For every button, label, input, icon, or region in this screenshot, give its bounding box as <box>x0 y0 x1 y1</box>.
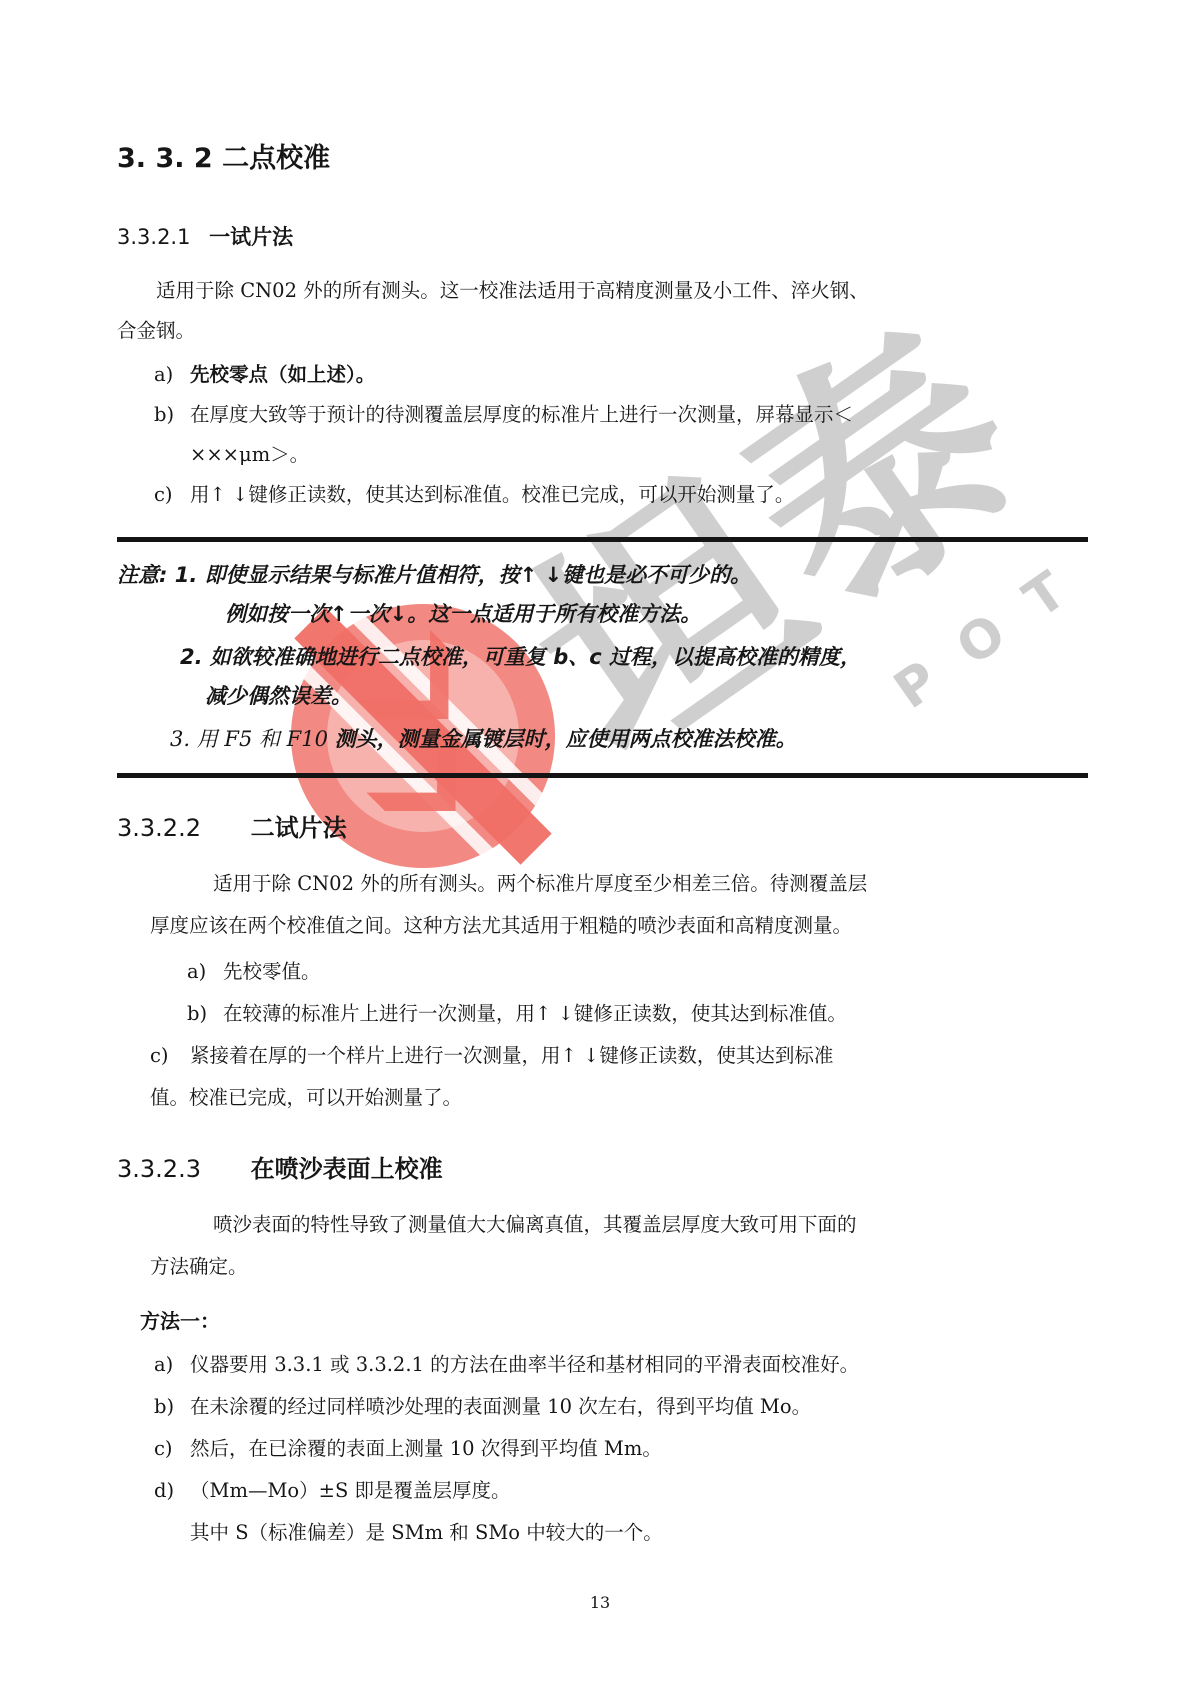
item-label: c) <box>150 1035 190 1077</box>
list-item-b: b)在未涂覆的经过同样喷沙处理的表面测量 10 次左右，得到平均值 Mo。 <box>117 1386 1088 1428</box>
page-number: 13 <box>0 1593 1200 1612</box>
list-item-c: c)然后，在已涂覆的表面上测量 10 次得到平均值 Mm。 <box>117 1428 1088 1470</box>
item-text: 在未涂覆的经过同样喷沙处理的表面测量 10 次左右，得到平均值 Mo。 <box>190 1395 811 1418</box>
list-item-a: a)先校零点（如上述）。 <box>117 355 1088 395</box>
list-item-a: a)仪器要用 3.3.1 或 3.3.2.1 的方法在曲率半径和基材相同的平滑表… <box>117 1344 1088 1386</box>
item-text: （Mm—Mo）±S 即是覆盖层厚度。 其中 S（标准偏差）是 SMm 和 SMo… <box>190 1479 663 1544</box>
list-item-c: c)用↑ ↓键修正读数，使其达到标准值。校准已完成，可以开始测量了。 <box>117 475 1088 515</box>
item-text: 然后，在已涂覆的表面上测量 10 次得到平均值 Mm。 <box>190 1437 662 1460</box>
item-label: b) <box>187 993 223 1035</box>
section-heading-332: 3. 3. 2 二点校准 <box>117 0 1088 175</box>
heading-3323: 3.3.2.3 在喷沙表面上校准 <box>117 1149 1088 1184</box>
note-block: 注意: 1. 即使显示结果与标准片值相符，按↑ ↓键也是必不可少的。 例如按一次… <box>117 556 1088 759</box>
document-page: 坦泰 POT 3. 3. 2 二点校准 3.3.2.1 一试片法 适用于除 CN… <box>0 0 1200 1697</box>
item-text: 紧接着在厚的一个样片上进行一次测量，用↑ ↓键修正读数，使其达到标准 值。校准已… <box>150 1044 833 1109</box>
item-text: 仪器要用 3.3.1 或 3.3.2.1 的方法在曲率半径和基材相同的平滑表面校… <box>190 1353 859 1376</box>
item-label: c) <box>154 475 190 515</box>
list-item-d: d)（Mm—Mo）±S 即是覆盖层厚度。 其中 S（标准偏差）是 SMm 和 S… <box>117 1470 1088 1554</box>
heading-3322: 3.3.2.2 二试片法 <box>117 808 1088 843</box>
note-line-3: 2. 如欲较准确地进行二点校准，可重复 b、c 过程，以提高校准的精度， <box>117 638 1088 677</box>
item-label: b) <box>154 1386 190 1428</box>
note-line-5-prefix: 3. 用 F5 和 F10 <box>170 727 335 751</box>
list-item-b: b)在较薄的标准片上进行一次测量，用↑ ↓键修正读数，使其达到标准值。 <box>150 993 1088 1035</box>
note-line-1: 注意: 1. 即使显示结果与标准片值相符，按↑ ↓键也是必不可少的。 <box>117 556 1088 595</box>
paragraph-3321: 适用于除 CN02 外的所有测头。这一校准法适用于高精度测量及小工件、淬火钢、 … <box>117 271 1088 351</box>
note-line-5: 3. 用 F5 和 F10 测头，测量金属镀层时，应使用两点校准法校准。 <box>117 720 1088 759</box>
heading-number: 3.3.2.2 <box>117 814 201 842</box>
horizontal-rule-bottom <box>117 773 1088 778</box>
paragraph-3323: 喷沙表面的特性导致了测量值大大偏离真值，其覆盖层厚度大致可用下面的 方法确定。 <box>150 1204 1088 1288</box>
item-label: a) <box>187 951 223 993</box>
method-one-label: 方法一： <box>140 1302 1088 1340</box>
heading-title: 二试片法 <box>251 814 347 842</box>
horizontal-rule-top <box>117 537 1088 542</box>
section-3322-body: 适用于除 CN02 外的所有测头。两个标准片厚度至少相差三倍。待测覆盖层 厚度应… <box>150 863 1088 1119</box>
page-content: 3. 3. 2 二点校准 3.3.2.1 一试片法 适用于除 CN02 外的所有… <box>0 0 1200 1554</box>
heading-3321: 3.3.2.1 一试片法 <box>117 221 1088 251</box>
note-line-4: 减少偶然误差。 <box>117 677 1088 716</box>
item-label: d) <box>154 1470 190 1512</box>
list-item-c: c)紧接着在厚的一个样片上进行一次测量，用↑ ↓键修正读数，使其达到标准 值。校… <box>150 1035 1088 1119</box>
section-number: 3. 3. 2 <box>117 143 213 174</box>
paragraph-3322: 适用于除 CN02 外的所有测头。两个标准片厚度至少相差三倍。待测覆盖层 厚度应… <box>150 863 1088 947</box>
list-method-one: a)仪器要用 3.3.1 或 3.3.2.1 的方法在曲率半径和基材相同的平滑表… <box>117 1344 1088 1554</box>
item-text: 用↑ ↓键修正读数，使其达到标准值。校准已完成，可以开始测量了。 <box>190 483 794 506</box>
list-item-a: a)先校零值。 <box>150 951 1088 993</box>
list-3321: a)先校零点（如上述）。 b)在厚度大致等于预计的待测覆盖层厚度的标准片上进行一… <box>117 355 1088 515</box>
heading-title: 一试片法 <box>209 225 293 249</box>
note-line-5-rest: 测头，测量金属镀层时，应使用两点校准法校准。 <box>335 727 797 751</box>
item-label: a) <box>154 355 190 395</box>
item-text: 先校零点（如上述）。 <box>190 363 375 386</box>
section-3323-body: 喷沙表面的特性导致了测量值大大偏离真值，其覆盖层厚度大致可用下面的 方法确定。 <box>150 1204 1088 1288</box>
heading-title: 在喷沙表面上校准 <box>251 1155 443 1183</box>
heading-number: 3.3.2.3 <box>117 1155 201 1183</box>
item-label: a) <box>154 1344 190 1386</box>
list-item-b: b)在厚度大致等于预计的待测覆盖层厚度的标准片上进行一次测量，屏幕显示＜ ×××… <box>117 395 1088 475</box>
item-text: 在厚度大致等于预计的待测覆盖层厚度的标准片上进行一次测量，屏幕显示＜ ×××μm… <box>190 403 853 466</box>
item-label: b) <box>154 395 190 435</box>
heading-number: 3.3.2.1 <box>117 225 190 249</box>
list-3322: a)先校零值。 b)在较薄的标准片上进行一次测量，用↑ ↓键修正读数，使其达到标… <box>150 951 1088 1119</box>
section-title: 二点校准 <box>222 143 330 174</box>
item-label: c) <box>154 1428 190 1470</box>
item-text: 先校零值。 <box>223 960 321 983</box>
note-line-2: 例如按一次↑一次↓。这一点适用于所有校准方法。 <box>117 595 1088 634</box>
item-text: 在较薄的标准片上进行一次测量，用↑ ↓键修正读数，使其达到标准值。 <box>223 1002 847 1025</box>
